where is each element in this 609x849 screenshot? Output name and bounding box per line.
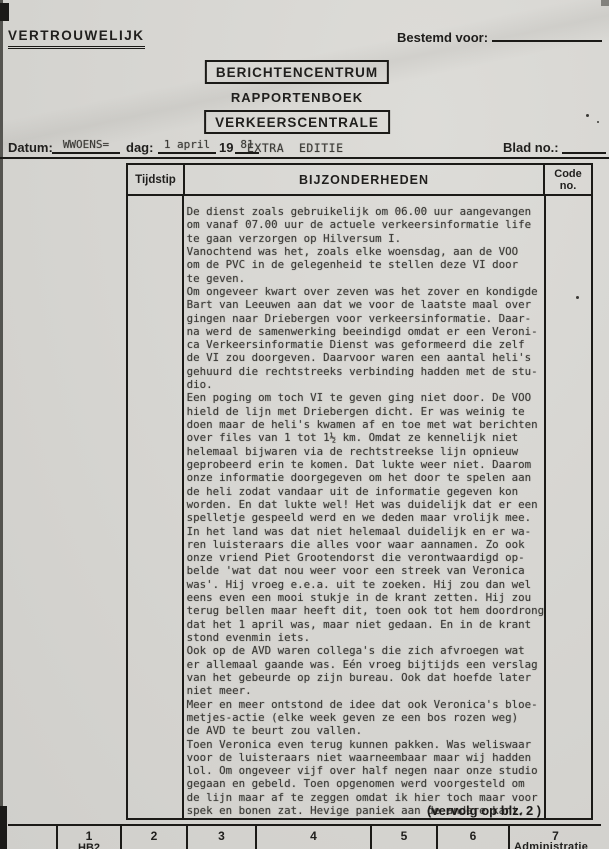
report-text-line: belde 'wat dat nou weer voor een streek … xyxy=(187,564,545,577)
dag-label: dag: xyxy=(126,140,153,155)
scan-noise-dot xyxy=(597,121,599,123)
code-cell-empty xyxy=(546,196,591,818)
report-text-line: van het gebeurde op zijn bureau. Ook dat… xyxy=(187,671,545,684)
report-table-body: De dienst zoals gebruikelijk om 06.00 uu… xyxy=(128,196,591,818)
date-value: 1 april xyxy=(158,138,216,154)
code-label-line2: no. xyxy=(560,180,577,192)
report-text-line: worden. En dat lukte wel! Het was duidel… xyxy=(187,498,545,511)
report-text-line: de AVD te beurt zou vallen. xyxy=(187,724,545,737)
report-text-line: na werd de samenwerking beeindigd omdat … xyxy=(187,325,545,338)
report-text-line: was'. Hij vroeg e.e.a. uit te zoeken. Hi… xyxy=(187,578,545,591)
report-text-line: over files van 1 tot 1½ km. Omdat ze ken… xyxy=(187,431,545,444)
report-text-line: gehuurd die rechtstreeks verbinding hadd… xyxy=(187,365,545,378)
report-text-line: ca Verkeersinformatie Dienst was geforme… xyxy=(187,338,545,351)
title-berichtencentrum: BERICHTENCENTRUM xyxy=(205,60,389,84)
scan-blob-bottom-left xyxy=(0,806,7,849)
distribution-column-number: 2 xyxy=(120,826,186,849)
horizontal-divider xyxy=(0,157,609,159)
edition-note: EXTRA EDITIE xyxy=(247,141,344,155)
report-text-line: te gaan verzorgen op Hilversum I. xyxy=(187,232,545,245)
report-text-line: Ook op de AVD waren collega's die zich a… xyxy=(187,644,545,657)
distribution-column-number: 4 xyxy=(255,826,370,849)
report-text-line: Toen Veronica even terug kunnen pakken. … xyxy=(187,738,545,751)
report-table: Tijdstip BIJZONDERHEDEN Code no. De dien… xyxy=(126,163,593,820)
scanned-document-page: VERTROUWELIJK Bestemd voor: BERICHTENCEN… xyxy=(0,0,609,849)
report-text-line: er allemaal gaande was. Eén vroeg bijtij… xyxy=(187,658,545,671)
report-text-line: spelletje gespeeld werd en we deden maar… xyxy=(187,511,545,524)
title-rapportenboek: RAPPORTENBOEK xyxy=(231,90,363,105)
report-text-line: dat het 1 april was, maar niet gedaan. E… xyxy=(187,618,545,631)
report-text-line: te geven. xyxy=(187,272,545,285)
continuation-note: (vervolg op blz. 2 ) xyxy=(427,803,541,818)
report-text-line: onze vriend Piet Grootendorst die veront… xyxy=(187,551,545,564)
report-text-line: om de PVC in de gelegenheid te stellen d… xyxy=(187,258,545,271)
report-text-line: hield de lijn met Driebergen dicht. Er w… xyxy=(187,405,545,418)
datum-label: Datum: xyxy=(8,140,53,155)
bestemd-voor-blank-line xyxy=(492,28,602,42)
blad-no-label: Blad no.: xyxy=(503,140,559,155)
report-text-line: Een poging om toch VI te geven ging niet… xyxy=(187,391,545,404)
column-header-code-no: Code no. xyxy=(545,165,591,194)
report-text-line: doen maar de heli's kwamen af en toe met… xyxy=(187,418,545,431)
report-text-line: Om ongeveer kwart over zeven was het zov… xyxy=(187,285,545,298)
report-table-header: Tijdstip BIJZONDERHEDEN Code no. xyxy=(128,165,591,196)
report-text-line: de heli zodat vandaar uit de informatie … xyxy=(187,485,545,498)
distribution-cell-empty xyxy=(8,826,56,849)
tijdstip-cell-empty xyxy=(128,196,184,818)
report-text-line: gegaan en gebeld. Toen opgenomen werd vo… xyxy=(187,777,545,790)
datum-row: Datum: WWOENS= dag: 1 april 19 81 EXTRA … xyxy=(0,138,609,156)
report-text-line: Meer en meer ontstond de idee dat ook Ve… xyxy=(187,698,545,711)
distribution-column-number: 3 xyxy=(186,826,255,849)
report-text-line: terug bellen maar heeft dit, toen ook to… xyxy=(187,604,545,617)
distribution-column-number: 5 xyxy=(370,826,436,849)
title-verkeerscentrale: VERKEERSCENTRALE xyxy=(204,110,390,134)
bestemd-voor-row: Bestemd voor: xyxy=(397,28,602,45)
report-text-line: onze informatie doorgegeven om het door … xyxy=(187,471,545,484)
report-text-line: geprobeerd erin te komen. Dat lukte weer… xyxy=(187,458,545,471)
datum-day-value: WWOENS= xyxy=(52,138,120,154)
column-header-bijzonderheden: BIJZONDERHEDEN xyxy=(185,165,545,194)
report-text-line: de VI zou doorgeven. Daarvoor waren een … xyxy=(187,351,545,364)
report-text-line: ren luisteraars die alles voor waar aann… xyxy=(187,538,545,551)
report-text-line: Bart van Leeuwen aan dat we voor de laat… xyxy=(187,298,545,311)
distribution-col1-sublabel: HB2 xyxy=(78,842,100,849)
report-text-line: voor de luisteraars niet waarneembaar ma… xyxy=(187,751,545,764)
report-text-line: In het land was dat niet helemaal duidel… xyxy=(187,525,545,538)
bestemd-voor-label: Bestemd voor: xyxy=(397,30,488,45)
scan-noise-dot xyxy=(586,114,589,117)
report-text-line: gingen naar Driebergen voor verkeersinfo… xyxy=(187,312,545,325)
report-text-line: om vanaf 07.00 uur de actuele verkeersin… xyxy=(187,218,545,231)
column-header-tijdstip: Tijdstip xyxy=(128,165,185,194)
report-text-line: lol. Om ongeveer vijf over half negen na… xyxy=(187,764,545,777)
blad-no-blank-line xyxy=(562,138,606,154)
report-text-line: eens even een mooi stukje in de krant ze… xyxy=(187,591,545,604)
year-prefix: 19 xyxy=(219,140,233,155)
report-text-line: niet meer. xyxy=(187,684,545,697)
report-text-line: dio. xyxy=(187,378,545,391)
typewritten-report-text: De dienst zoals gebruikelijk om 06.00 uu… xyxy=(187,205,545,817)
bijzonderheden-cell: De dienst zoals gebruikelijk om 06.00 uu… xyxy=(184,196,547,818)
report-text-line: stond evenmin iets. xyxy=(187,631,545,644)
classification-stamp: VERTROUWELIJK xyxy=(8,28,145,49)
distribution-col7-sublabel: Administratie xyxy=(514,841,588,849)
report-text-line: metjes-actie (elke week geven ze een bos… xyxy=(187,711,545,724)
report-text-line: De dienst zoals gebruikelijk om 06.00 uu… xyxy=(187,205,545,218)
report-text-line: Vanochtend was het, zoals elke woensdag,… xyxy=(187,245,545,258)
code-label-line1: Code xyxy=(554,168,582,180)
report-text-line: helemaal bijwaren via de rechtstreekse l… xyxy=(187,445,545,458)
distribution-column-number: 6 xyxy=(436,826,508,849)
